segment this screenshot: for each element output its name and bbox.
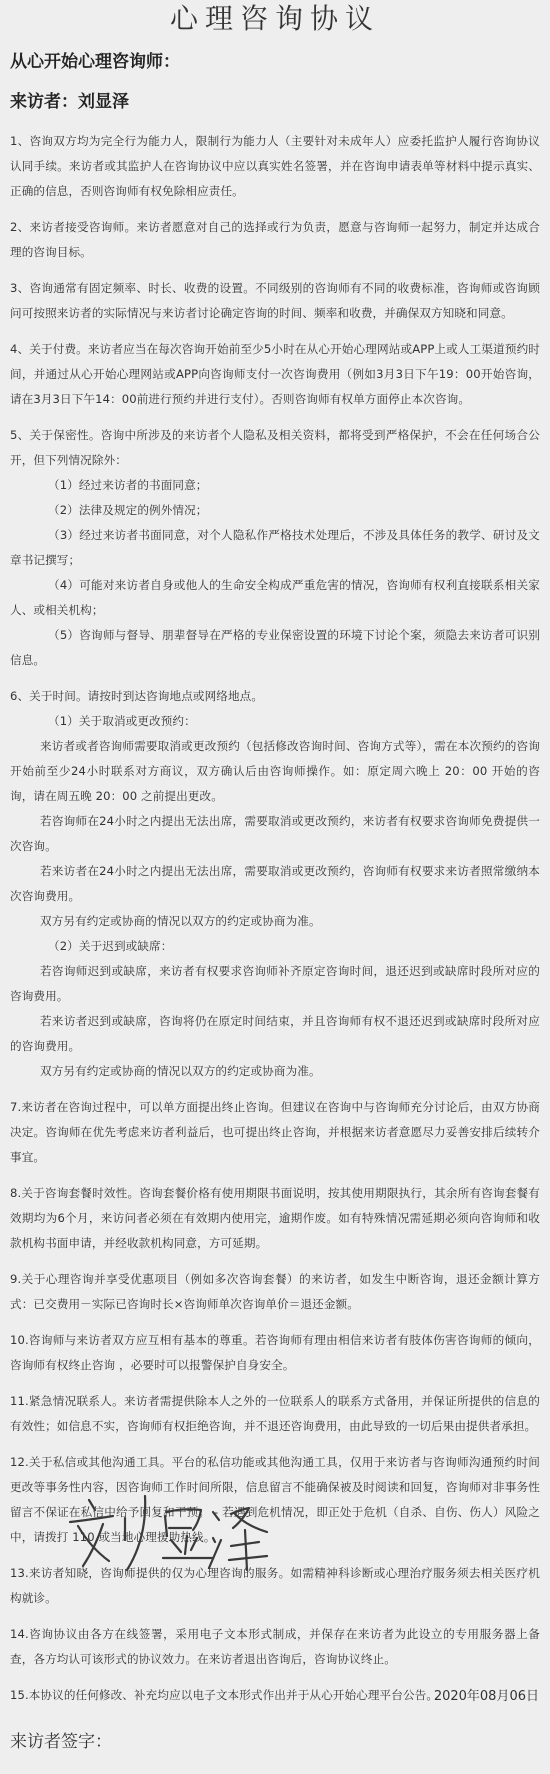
subsection-heading: （2）关于迟到或缺席：	[10, 934, 540, 959]
clause-text: 4、关于付费。来访者应当在每次咨询开始前至少5小时在从心开始心理网站或APP上或…	[10, 337, 540, 412]
clause-10: 10.咨询师与来访者双方应互相有基本的尊重。若咨询师有理由相信来访者有肢体伤害咨…	[10, 1328, 540, 1378]
clause-text: 8.关于咨询套餐时效性。咨询套餐价格有使用期限书面说明，按其使用期限执行，其余所…	[10, 1181, 540, 1256]
subsection-heading: （1）关于取消或更改预约：	[10, 709, 540, 734]
exception-item: （1）经过来访者的书面同意；	[10, 473, 540, 498]
clause-1: 1、咨询双方均为完全行为能力人，限制行为能力人（主要针对未成年人）应委托监护人履…	[10, 129, 540, 204]
clause-6: 6、关于时间。请按时到达咨询地点或网络地点。 （1）关于取消或更改预约： 来访者…	[10, 684, 540, 1084]
clause-text: 14.咨询协议由各方在线签署，采用电子文本形式制成，并保存在来访者为此设立的专用…	[10, 1622, 540, 1672]
clause-5: 5、关于保密性。咨询中所涉及的来访者个人隐私及相关资料，都将受到严格保护，不会在…	[10, 423, 540, 673]
clause-text: 5、关于保密性。咨询中所涉及的来访者个人隐私及相关资料，都将受到严格保护，不会在…	[10, 423, 540, 473]
exception-item: （5）咨询师与督导、朋辈督导在严格的专业保密设置的环境下讨论个案，须隐去来访者可…	[10, 623, 540, 673]
exception-item: （3）经过来访者书面同意，对个人隐私作严格技术处理后，不涉及具体任务的教学、研讨…	[10, 523, 540, 573]
signature-label: 来访者签字：	[10, 1730, 540, 1754]
clause-text: 2、来访者接受咨询师。来访者愿意对自己的选择或行为负责，愿意与咨询师一起努力，制…	[10, 215, 540, 265]
clause-text: 3、咨询通常有固定频率、时长、收费的设置。不同级别的咨询师有不同的收费标准，咨询…	[10, 276, 540, 326]
clause-4: 4、关于付费。来访者应当在每次咨询开始前至少5小时在从心开始心理网站或APP上或…	[10, 337, 540, 412]
handwritten-signature	[63, 1488, 283, 1574]
clause-2: 2、来访者接受咨询师。来访者愿意对自己的选择或行为负责，愿意与咨询师一起努力，制…	[10, 215, 540, 265]
clause-7: 7.来访者在咨询过程中，可以单方面提出终止咨询。但建议在咨询中与咨询师充分讨论后…	[10, 1095, 540, 1170]
clause-9: 9.关于心理咨询并享受优惠项目（例如多次咨询套餐）的来访者，如发生中断咨询，退还…	[10, 1267, 540, 1317]
clause-8: 8.关于咨询套餐时效性。咨询套餐价格有使用期限书面说明，按其使用期限执行，其余所…	[10, 1181, 540, 1256]
signing-date: 2020年08月06日	[434, 1685, 539, 1704]
exception-item: （2）法律及规定的例外情况；	[10, 498, 540, 523]
subsection-text: 双方另有约定或协商的情况以双方的约定或协商为准。	[10, 909, 540, 934]
clause-text: 9.关于心理咨询并享受优惠项目（例如多次咨询套餐）的来访者，如发生中断咨询，退还…	[10, 1267, 540, 1317]
clause-11: 11.紧急情况联系人。来访者需提供除本人之外的一位联系人的联系方式备用，并保证所…	[10, 1389, 540, 1439]
subsection-text: 若咨询师在24小时之内提出无法出席，需要取消或更改预约，来访者有权要求咨询师免费…	[10, 809, 540, 859]
clause-text: 1、咨询双方均为完全行为能力人，限制行为能力人（主要针对未成年人）应委托监护人履…	[10, 129, 540, 204]
document-title: 心理咨询协议	[10, 0, 540, 42]
subsection-text: 来访者或者咨询师需要取消或更改预约（包括修改咨询时间、咨询方式等），需在本次预约…	[10, 734, 540, 809]
subsection-text: 若来访者在24小时之内提出无法出席，需要取消或更改预约，咨询师有权要求来访者照常…	[10, 859, 540, 909]
clause-text: 11.紧急情况联系人。来访者需提供除本人之外的一位联系人的联系方式备用，并保证所…	[10, 1389, 540, 1439]
subsection-text: 双方另有约定或协商的情况以双方的约定或协商为准。	[10, 1059, 540, 1084]
clause-text: 10.咨询师与来访者双方应互相有基本的尊重。若咨询师有理由相信来访者有肢体伤害咨…	[10, 1328, 540, 1378]
clause-text: 6、关于时间。请按时到达咨询地点或网络地点。	[10, 684, 540, 709]
exception-item: （4）可能对来访者自身或他人的生命安全构成严重危害的情况，咨询师有权利直接联系相…	[10, 573, 540, 623]
clause-3: 3、咨询通常有固定频率、时长、收费的设置。不同级别的咨询师有不同的收费标准，咨询…	[10, 276, 540, 326]
subsection-text: 若来访者迟到或缺席，咨询将仍在原定时间结束，并且咨询师有权不退还迟到或缺席时段所…	[10, 1009, 540, 1059]
subsection-text: 若咨询师迟到或缺席，来访者有权要求咨询师补齐原定咨询时间，退还迟到或缺席时段所对…	[10, 959, 540, 1009]
counselor-line: 从心开始心理咨询师：	[10, 51, 540, 73]
clause-14: 14.咨询协议由各方在线签署，采用电子文本形式制成，并保存在来访者为此设立的专用…	[10, 1622, 540, 1672]
client-line: 来访者：刘显泽	[10, 91, 540, 113]
clause-text: 7.来访者在咨询过程中，可以单方面提出终止咨询。但建议在咨询中与咨询师充分讨论后…	[10, 1095, 540, 1170]
